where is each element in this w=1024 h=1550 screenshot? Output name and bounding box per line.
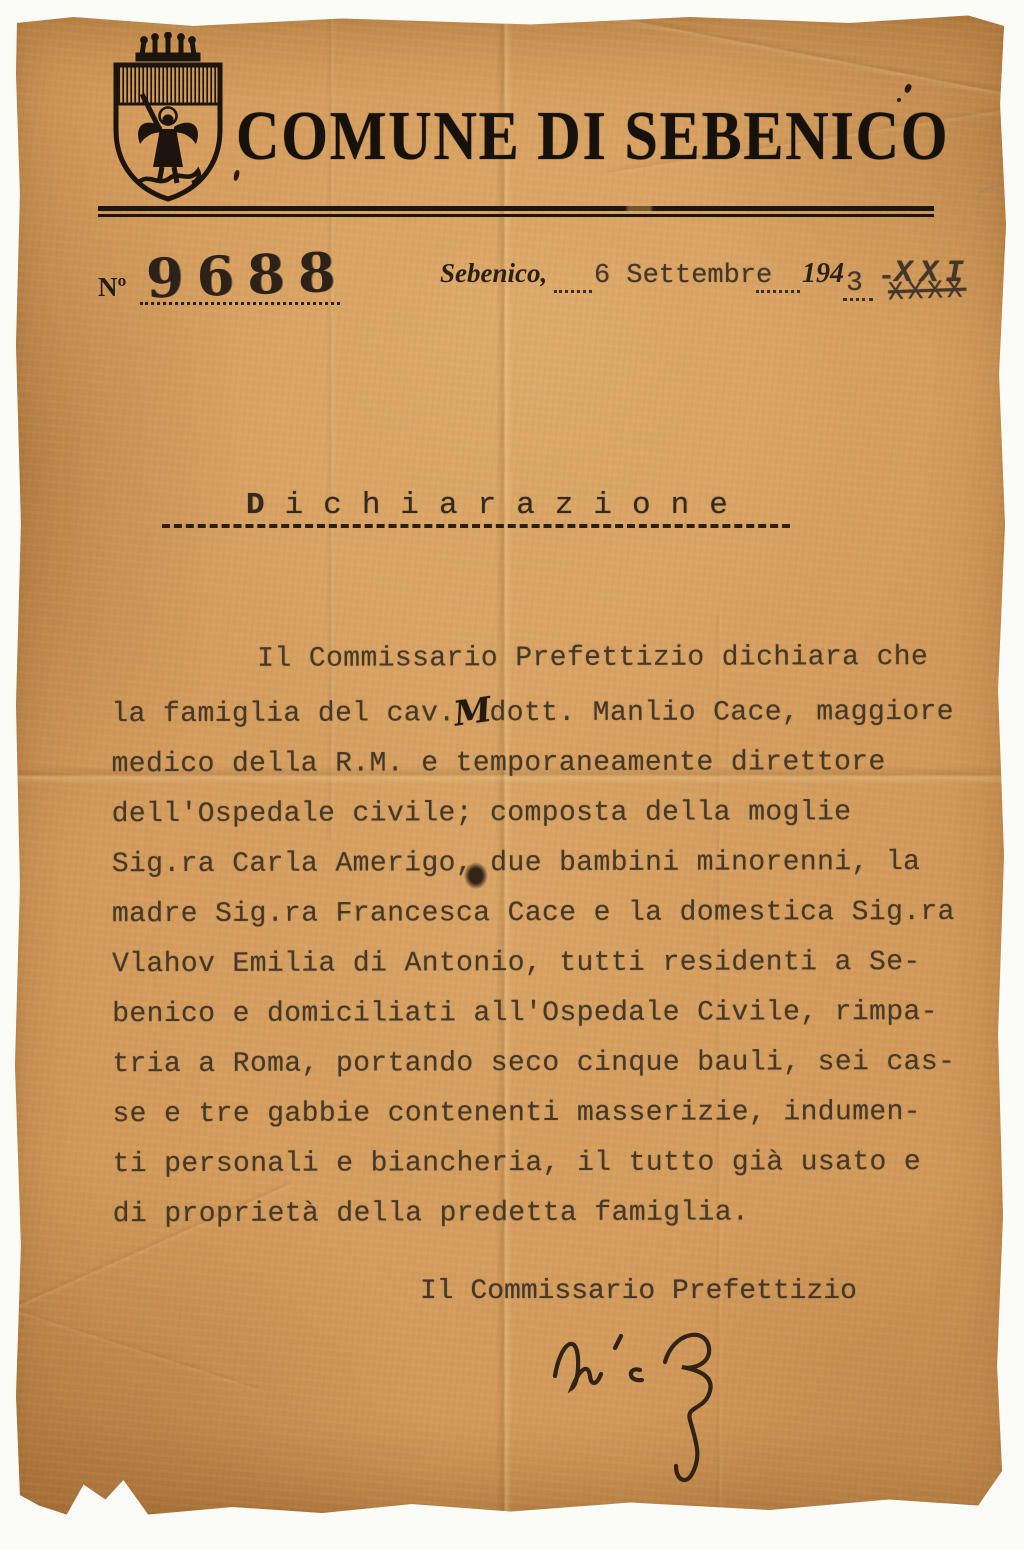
- body-line: Il Commissario Prefettizio dichiara che: [111, 633, 1005, 685]
- body-line-text: dott. Manlio Cace, maggiore: [489, 697, 954, 729]
- document-title: Dichiarazione: [162, 488, 790, 523]
- body-line-text: la famiglia del cav.: [111, 698, 455, 730]
- header-double-rule: [98, 206, 934, 217]
- typed-date: 6 Settembre: [594, 261, 772, 291]
- body-line: medico della R.M. e temporaneamente dire…: [111, 738, 1005, 790]
- signature-role-line: Il Commissario Prefettizio: [420, 1276, 857, 1307]
- crease-mark: [517, 0, 1010, 100]
- ink-blot: [464, 862, 488, 889]
- dotted-leader: [554, 290, 592, 293]
- typed-year-digit: 3: [846, 268, 863, 299]
- printed-year-prefix: 194: [802, 258, 844, 290]
- rule-line: [98, 214, 934, 217]
- declaration-body: Il Commissario Prefettizio dichiara che …: [111, 633, 1007, 1240]
- ink-speck: [233, 170, 241, 182]
- body-line: di proprietà della predetta famiglia.: [113, 1188, 1007, 1240]
- paper-sheet: COMUNE DI SEBENICO Nº 9688 Sebenico, 6 S…: [14, 14, 1008, 1516]
- handwritten-signature: [480, 1314, 780, 1494]
- dotted-leader: [756, 290, 800, 293]
- fascist-era-numeral: XXI: [891, 256, 974, 291]
- dotted-leader: [843, 298, 873, 301]
- protocol-number-block: Nº 9688: [98, 240, 368, 320]
- municipality-title: COMUNE DI SEBENICO: [236, 102, 949, 172]
- body-line: benico e domiciliati all'Ospedale Civile…: [112, 988, 1006, 1040]
- rule-line: [98, 206, 934, 211]
- pencil-squiggle: [973, 181, 1012, 212]
- document-title-block: Dichiarazione: [162, 488, 790, 528]
- body-line: se e tre gabbie contenenti masserizie, i…: [112, 1088, 1006, 1140]
- body-line: Sig.ra Carla Amerigo, due bambini minore…: [112, 838, 1006, 890]
- era-separator: -: [878, 262, 895, 293]
- body-line: la famiglia del cav.Mdott. Manlio Cace, …: [111, 683, 1005, 740]
- place-label: Sebenico,: [440, 258, 547, 289]
- coat-of-arms-icon: [102, 32, 234, 210]
- body-line: ti personali e biancheria, il tutto già …: [113, 1138, 1007, 1190]
- ink-speck: [904, 83, 913, 94]
- body-line: dell'Ospedale civile; composta della mog…: [112, 788, 1006, 840]
- document-scan: COMUNE DI SEBENICO Nº 9688 Sebenico, 6 S…: [0, 0, 1024, 1550]
- body-line: madre Sig.ra Francesca Cace e la domesti…: [112, 888, 1006, 940]
- number-label: Nº: [98, 272, 126, 303]
- crease-mark: [9, 1304, 259, 1393]
- body-line: Vlahov Emilia di Antonio, tutti resident…: [112, 938, 1006, 990]
- handwritten-insert: M: [451, 685, 496, 740]
- protocol-number-stamp: 9688: [145, 244, 349, 305]
- dashed-underline: [162, 524, 790, 528]
- body-line: tria a Roma, portando seco cinque bauli,…: [112, 1038, 1006, 1090]
- struck-out-numeral: XXXX: [888, 275, 967, 308]
